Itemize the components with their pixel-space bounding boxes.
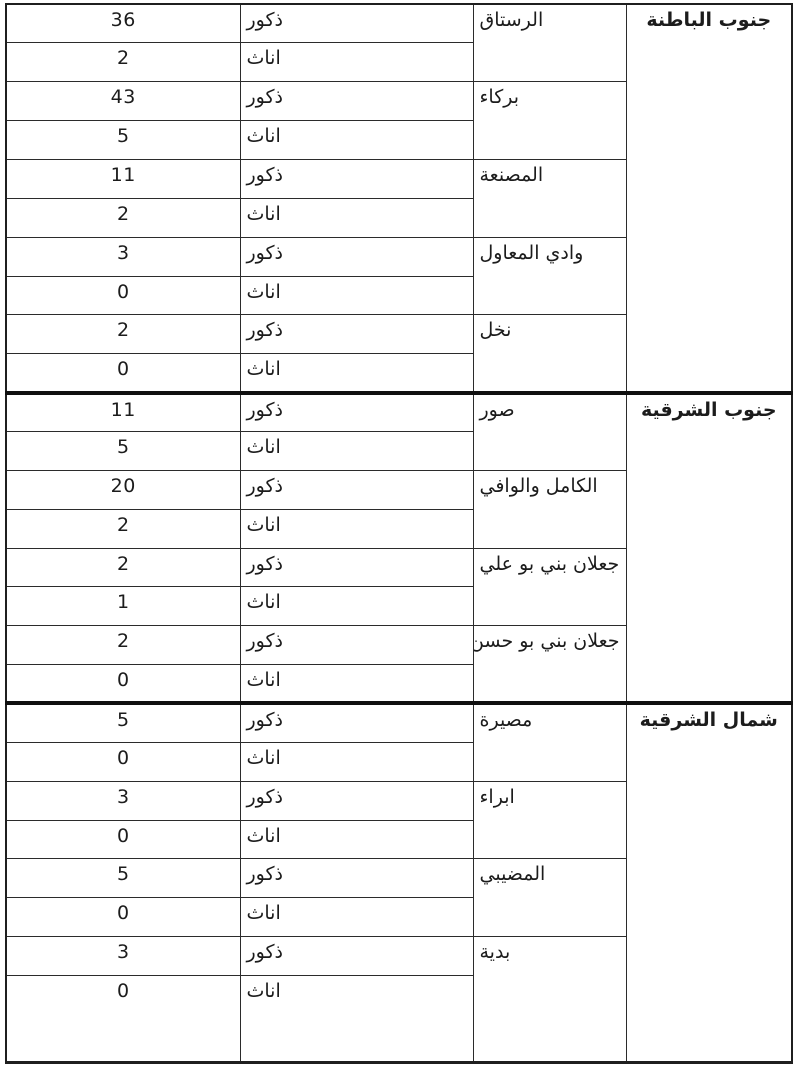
males-count-cell: 3: [6, 237, 240, 276]
gender-label-males: ذكور: [240, 548, 473, 587]
males-count-cell: 2: [6, 626, 240, 665]
females-count-cell: 5: [6, 121, 240, 160]
males-count-cell: 5: [6, 859, 240, 898]
females-count-cell: 0: [6, 975, 240, 1062]
males-count-cell: 36: [6, 4, 240, 43]
gender-label-females: اناث: [240, 121, 473, 160]
females-count-cell: 0: [6, 276, 240, 315]
wilayat-cell: المصنعة: [473, 159, 626, 237]
gender-label-females: اناث: [240, 742, 473, 781]
wilayat-cell: بدية: [473, 937, 626, 1063]
wilayat-cell: جعلان بني بو حسن: [473, 626, 626, 704]
wilayat-cell: مصيرة: [473, 703, 626, 781]
females-count-cell: 2: [6, 43, 240, 82]
table-row: جنوب الباطنةالرستاقذكور36: [6, 4, 792, 43]
gender-label-males: ذكور: [240, 237, 473, 276]
gender-label-females: اناث: [240, 587, 473, 626]
males-count-cell: 2: [6, 548, 240, 587]
table-row: جنوب الشرقيةصورذكور11: [6, 393, 792, 432]
gender-label-females: اناث: [240, 975, 473, 1062]
males-count-cell: 11: [6, 159, 240, 198]
gender-label-males: ذكور: [240, 781, 473, 820]
males-count-cell: 3: [6, 937, 240, 976]
females-count-cell: 0: [6, 820, 240, 859]
wilayat-cell: الرستاق: [473, 4, 626, 82]
females-count-cell: 0: [6, 665, 240, 704]
males-count-cell: 20: [6, 470, 240, 509]
wilayat-cell: بركاء: [473, 82, 626, 160]
gender-label-males: ذكور: [240, 315, 473, 354]
governorate-cell: شمال الشرقية: [626, 703, 792, 1062]
wilayat-cell: وادي المعاول: [473, 237, 626, 315]
gender-label-males: ذكور: [240, 470, 473, 509]
table-body: جنوب الباطنةالرستاقذكور36اناث2بركاءذكور4…: [6, 4, 792, 1063]
gender-label-males: ذكور: [240, 4, 473, 43]
gender-label-females: اناث: [240, 431, 473, 470]
statistics-table: جنوب الباطنةالرستاقذكور36اناث2بركاءذكور4…: [5, 3, 793, 1064]
wilayat-cell: ابراء: [473, 781, 626, 859]
males-count-cell: 3: [6, 781, 240, 820]
wilayat-cell: نخل: [473, 315, 626, 393]
wilayat-cell: الكامل والوافي: [473, 470, 626, 548]
gender-label-females: اناث: [240, 898, 473, 937]
males-count-cell: 2: [6, 315, 240, 354]
wilayat-cell: جعلان بني بو علي: [473, 548, 626, 626]
females-count-cell: 1: [6, 587, 240, 626]
females-count-cell: 0: [6, 354, 240, 393]
gender-label-females: اناث: [240, 509, 473, 548]
males-count-cell: 11: [6, 393, 240, 432]
scanned-document-page: { "table": { "direction": "rtl", "gender…: [0, 0, 800, 1076]
governorate-cell: جنوب الشرقية: [626, 393, 792, 704]
gender-label-males: ذكور: [240, 626, 473, 665]
gender-label-males: ذكور: [240, 859, 473, 898]
governorate-cell: جنوب الباطنة: [626, 4, 792, 393]
females-count-cell: 2: [6, 198, 240, 237]
gender-label-females: اناث: [240, 820, 473, 859]
gender-label-females: اناث: [240, 43, 473, 82]
gender-label-males: ذكور: [240, 82, 473, 121]
gender-label-males: ذكور: [240, 159, 473, 198]
table-row: شمال الشرقيةمصيرةذكور5: [6, 703, 792, 742]
gender-label-females: اناث: [240, 665, 473, 704]
gender-label-females: اناث: [240, 198, 473, 237]
gender-label-males: ذكور: [240, 393, 473, 432]
wilayat-cell: المضيبي: [473, 859, 626, 937]
males-count-cell: 5: [6, 703, 240, 742]
gender-label-females: اناث: [240, 354, 473, 393]
females-count-cell: 0: [6, 898, 240, 937]
females-count-cell: 0: [6, 742, 240, 781]
gender-label-males: ذكور: [240, 937, 473, 976]
females-count-cell: 5: [6, 431, 240, 470]
wilayat-cell: صور: [473, 393, 626, 471]
gender-label-females: اناث: [240, 276, 473, 315]
gender-label-males: ذكور: [240, 703, 473, 742]
males-count-cell: 43: [6, 82, 240, 121]
females-count-cell: 2: [6, 509, 240, 548]
